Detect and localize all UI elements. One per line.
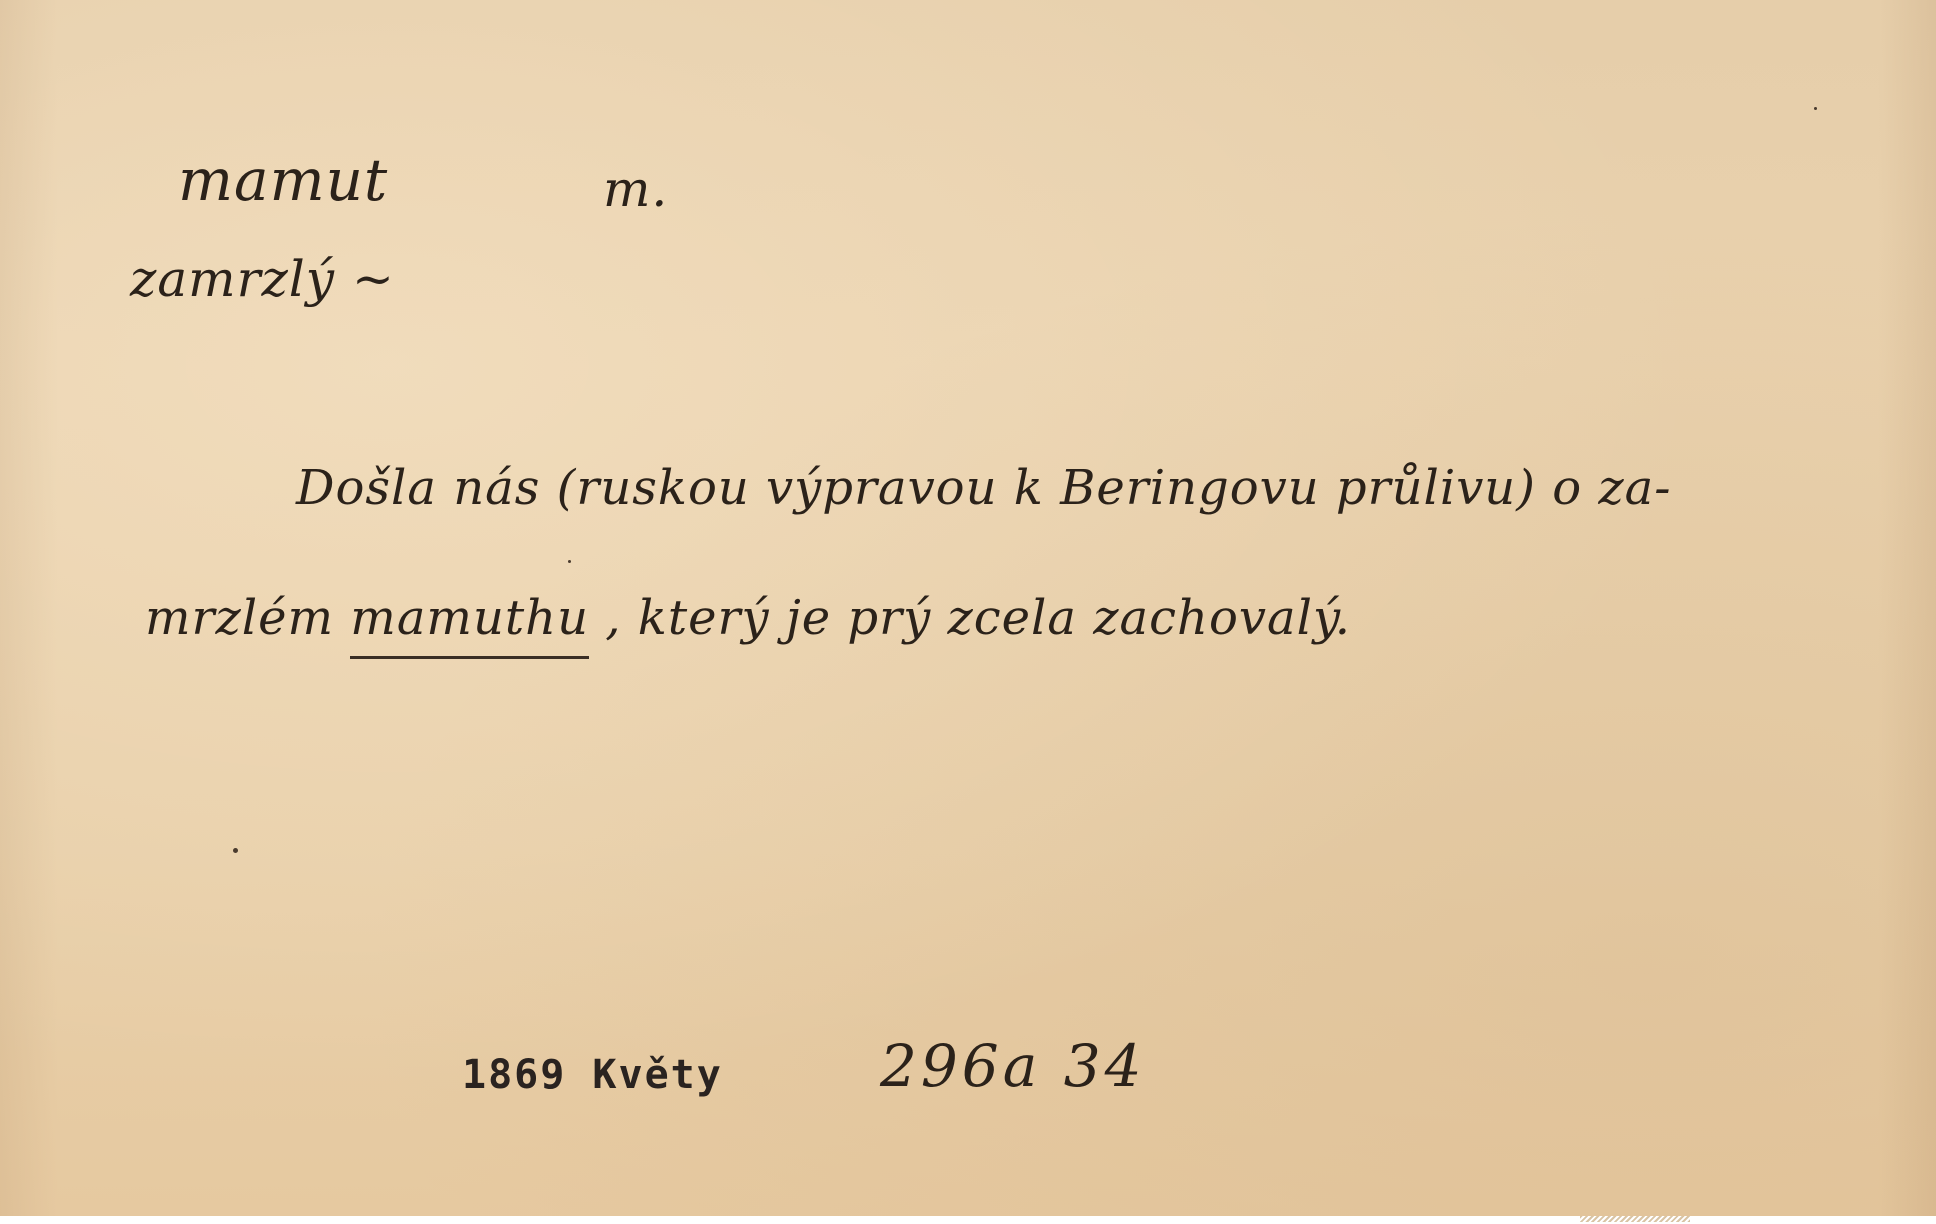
source-stamp: 1869 Květy bbox=[462, 1052, 723, 1098]
citation-line-1: Došla nás (ruskou výpravou k Beringovu p… bbox=[296, 460, 1671, 516]
scan-artifact bbox=[1580, 1216, 1690, 1222]
citation-line-2-suffix: , který je prý zcela zachovalý. bbox=[605, 590, 1351, 646]
headword: mamut bbox=[178, 146, 388, 214]
grammatical-gender: m. bbox=[603, 160, 668, 218]
ink-speck bbox=[568, 560, 571, 563]
dictionary-index-card: mamut m. zamrzlý ~ Došla nás (ruskou výp… bbox=[0, 0, 1936, 1216]
subentry-phrase: zamrzlý ~ bbox=[130, 250, 395, 308]
ink-speck bbox=[233, 848, 238, 853]
underlined-keyword: mamuthu bbox=[350, 590, 589, 659]
source-reference: 296a 34 bbox=[880, 1032, 1146, 1100]
ink-speck bbox=[1814, 107, 1817, 110]
citation-line-2: mrzlém mamuthu , který je prý zcela zach… bbox=[145, 590, 1351, 646]
citation-line-2-prefix: mrzlém bbox=[145, 590, 334, 646]
